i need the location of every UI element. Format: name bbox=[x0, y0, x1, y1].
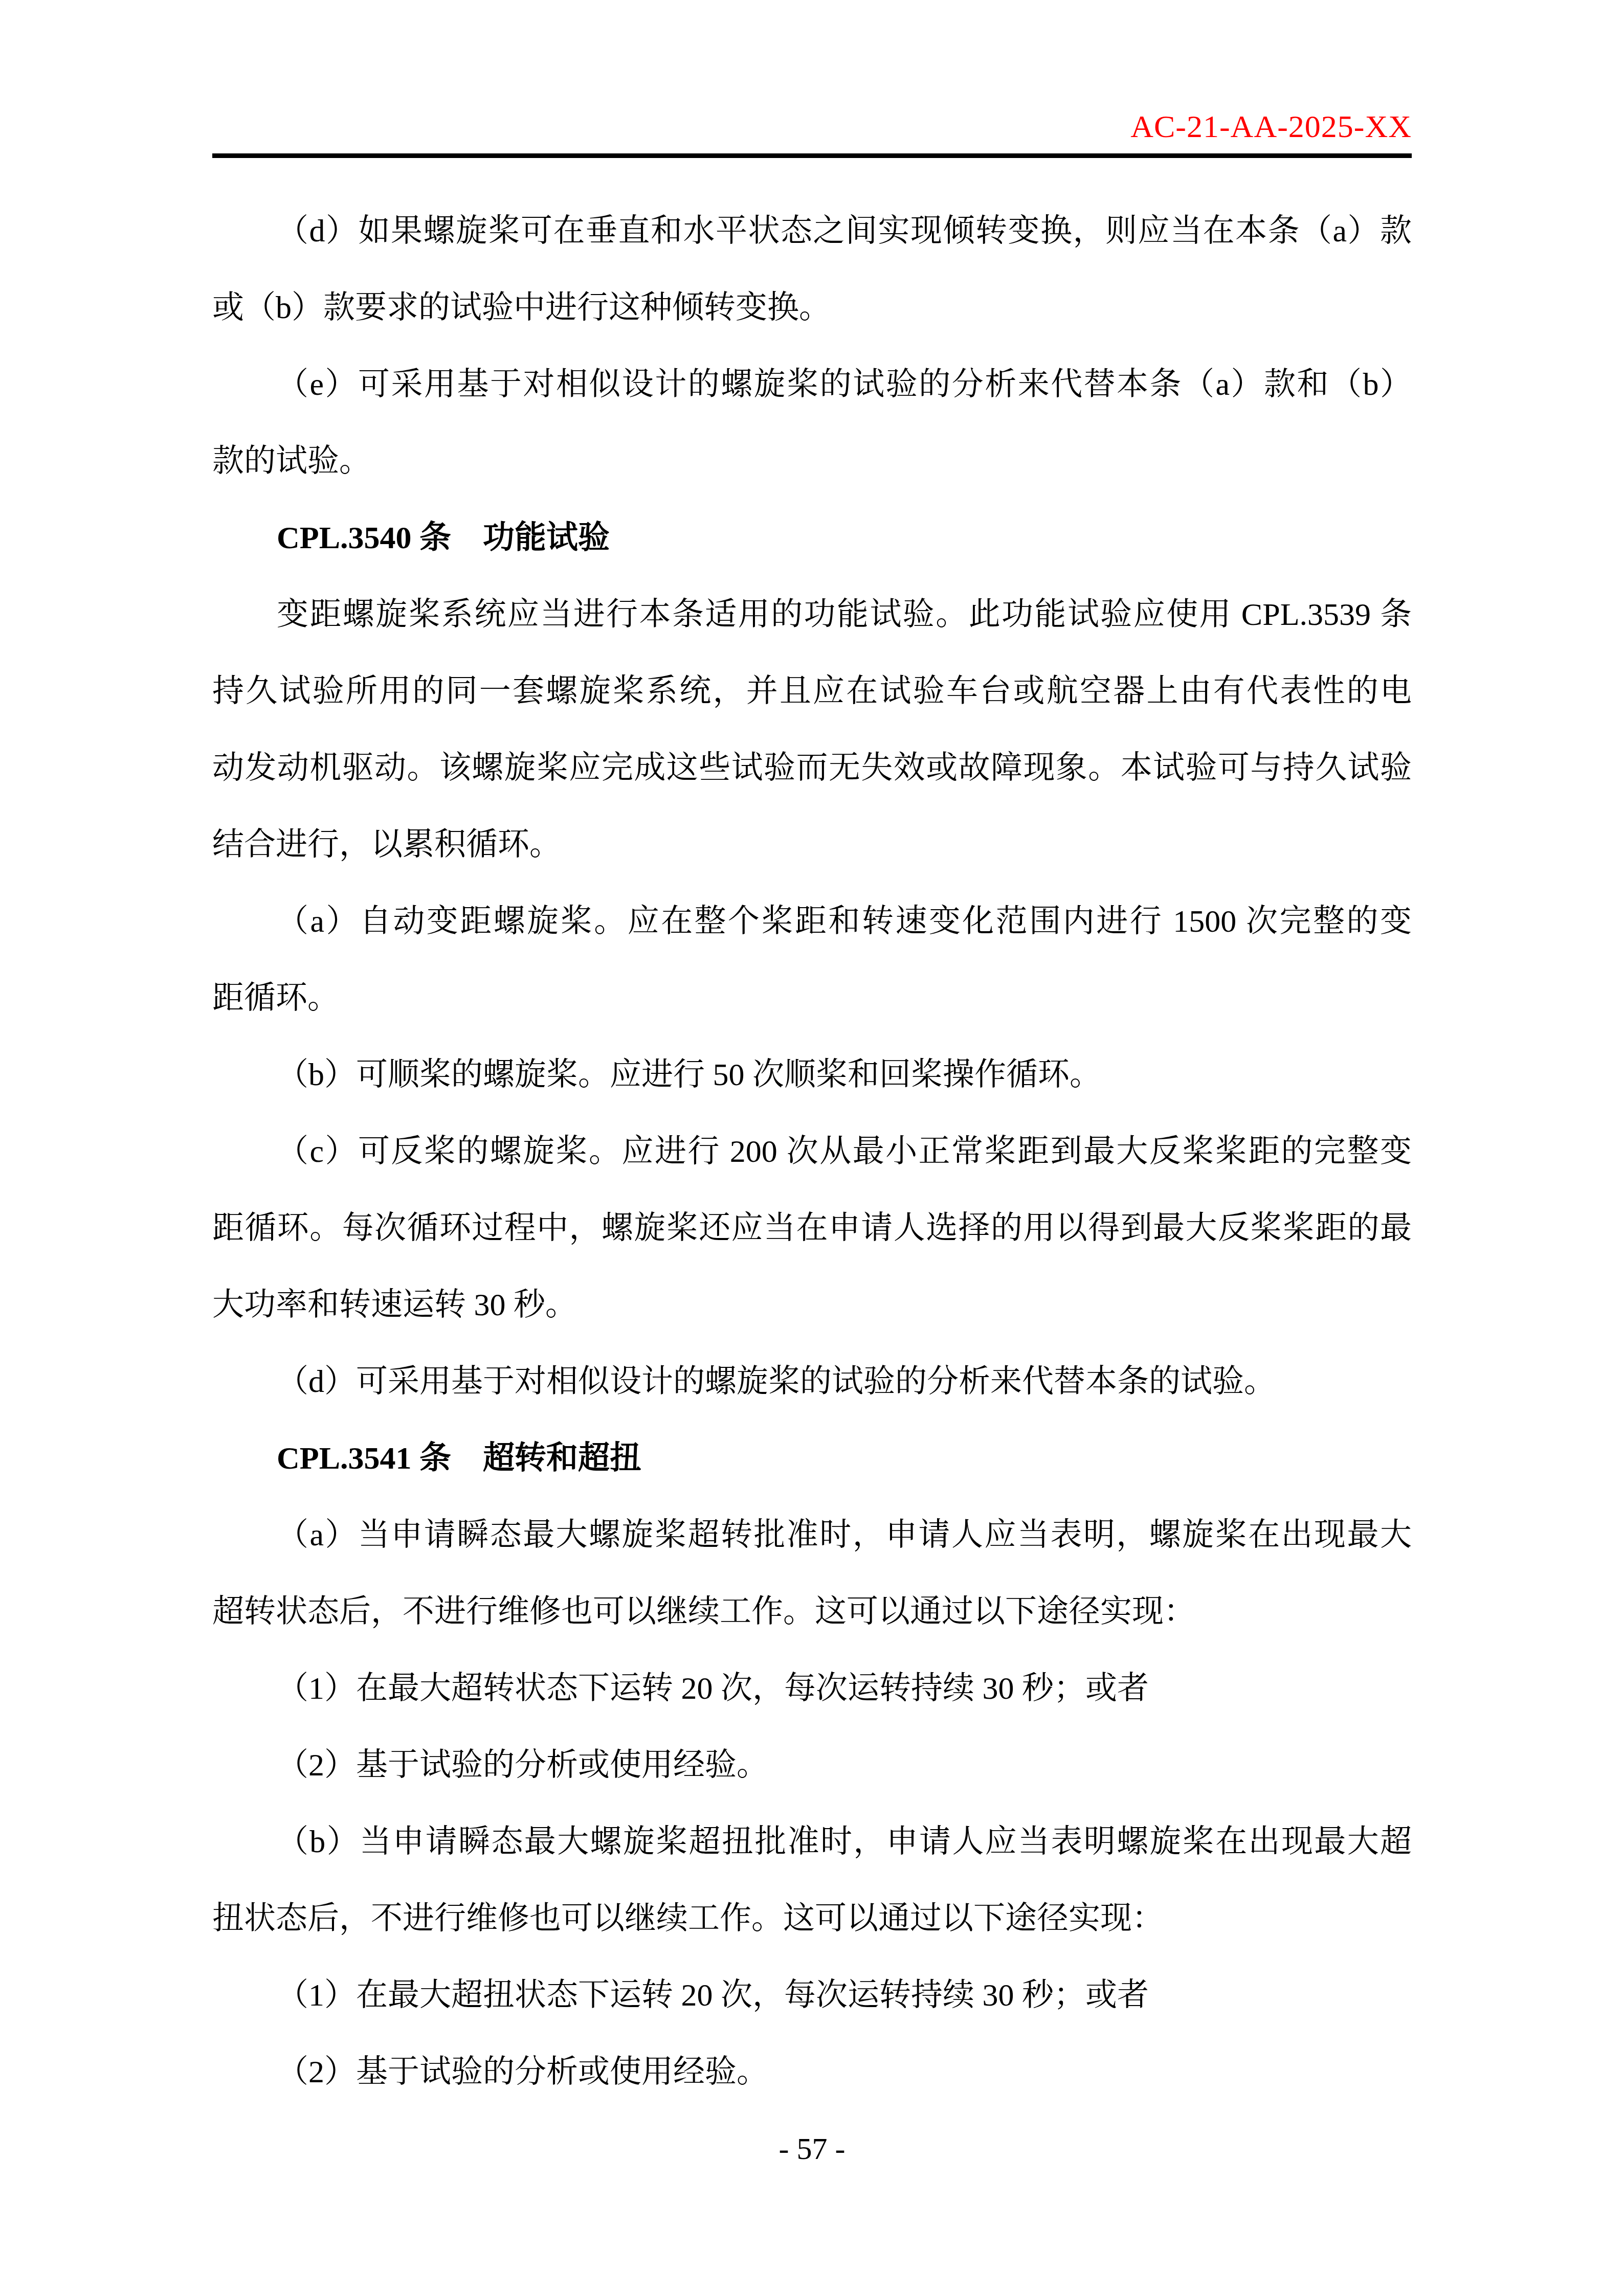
text-line: （a）自动变距螺旋桨。应在整个桨距和转速变化范围内进行 1500 次完整的变 bbox=[212, 883, 1412, 960]
paragraph: （a）自动变距螺旋桨。应在整个桨距和转速变化范围内进行 1500 次完整的变距循… bbox=[212, 883, 1412, 1037]
paragraph: 变距螺旋桨系统应当进行本条适用的功能试验。此功能试验应使用 CPL.3539 条… bbox=[212, 576, 1412, 883]
section-heading: CPL.3540 条 功能试验 bbox=[212, 500, 1412, 576]
text-line: （2）基于试验的分析或使用经验。 bbox=[212, 2034, 1412, 2110]
text-line: （a）当申请瞬态最大螺旋桨超转批准时，申请人应当表明，螺旋桨在出现最大 bbox=[212, 1497, 1412, 1573]
paragraph: （c）可反桨的螺旋桨。应进行 200 次从最小正常桨距到最大反桨桨距的完整变距循… bbox=[212, 1113, 1412, 1343]
text-line: 扭状态后，不进行维修也可以继续工作。这可以通过以下途径实现： bbox=[212, 1880, 1412, 1957]
paragraph: （d）如果螺旋桨可在垂直和水平状态之间实现倾转变换，则应当在本条（a）款或（b）… bbox=[212, 193, 1412, 346]
text-line: 距循环。每次循环过程中，螺旋桨还应当在申请人选择的用以得到最大反桨桨距的最 bbox=[212, 1190, 1412, 1267]
paragraph: （1）在最大超扭状态下运转 20 次，每次运转持续 30 秒；或者 bbox=[212, 1957, 1412, 2034]
heading-line: CPL.3541 条 超转和超扭 bbox=[212, 1420, 1412, 1497]
page-number: - 57 - bbox=[779, 2132, 846, 2166]
text-line: （1）在最大超转状态下运转 20 次，每次运转持续 30 秒；或者 bbox=[212, 1650, 1412, 1727]
text-line: 持久试验所用的同一套螺旋桨系统，并且应在试验车台或航空器上由有代表性的电 bbox=[212, 653, 1412, 730]
text-line: （e）可采用基于对相似设计的螺旋桨的试验的分析来代替本条（a）款和（b） bbox=[212, 346, 1412, 423]
document-body: （d）如果螺旋桨可在垂直和水平状态之间实现倾转变换，则应当在本条（a）款或（b）… bbox=[212, 193, 1412, 2110]
text-line: 或（b）款要求的试验中进行这种倾转变换。 bbox=[212, 269, 1412, 346]
text-line: 款的试验。 bbox=[212, 423, 1412, 500]
text-line: （1）在最大超扭状态下运转 20 次，每次运转持续 30 秒；或者 bbox=[212, 1957, 1412, 2034]
header-rule bbox=[212, 153, 1412, 158]
text-line: 距循环。 bbox=[212, 960, 1412, 1037]
text-line: （b）可顺桨的螺旋桨。应进行 50 次顺桨和回桨操作循环。 bbox=[212, 1037, 1412, 1113]
text-line: （b）当申请瞬态最大螺旋桨超扭批准时，申请人应当表明螺旋桨在出现最大超 bbox=[212, 1804, 1412, 1880]
text-line: 结合进行，以累积循环。 bbox=[212, 806, 1412, 883]
text-line: （2）基于试验的分析或使用经验。 bbox=[212, 1727, 1412, 1804]
text-line: 大功率和转速运转 30 秒。 bbox=[212, 1267, 1412, 1343]
text-line: （c）可反桨的螺旋桨。应进行 200 次从最小正常桨距到最大反桨桨距的完整变 bbox=[212, 1113, 1412, 1190]
paragraph: （2）基于试验的分析或使用经验。 bbox=[212, 1727, 1412, 1804]
text-line: 动发动机驱动。该螺旋桨应完成这些试验而无失效或故障现象。本试验可与持久试验 bbox=[212, 730, 1412, 806]
text-line: 变距螺旋桨系统应当进行本条适用的功能试验。此功能试验应使用 CPL.3539 条 bbox=[212, 576, 1412, 653]
text-line: （d）如果螺旋桨可在垂直和水平状态之间实现倾转变换，则应当在本条（a）款 bbox=[212, 193, 1412, 269]
paragraph: （e）可采用基于对相似设计的螺旋桨的试验的分析来代替本条（a）款和（b）款的试验… bbox=[212, 346, 1412, 500]
section-heading: CPL.3541 条 超转和超扭 bbox=[212, 1420, 1412, 1497]
page-header: AC-21-AA-2025-XX bbox=[212, 0, 1412, 145]
paragraph: （b）可顺桨的螺旋桨。应进行 50 次顺桨和回桨操作循环。 bbox=[212, 1037, 1412, 1113]
page-footer: - 57 - bbox=[212, 2110, 1412, 2187]
document-page: AC-21-AA-2025-XX （d）如果螺旋桨可在垂直和水平状态之间实现倾转… bbox=[0, 0, 1624, 2296]
paragraph: （d）可采用基于对相似设计的螺旋桨的试验的分析来代替本条的试验。 bbox=[212, 1343, 1412, 1420]
document-code: AC-21-AA-2025-XX bbox=[1130, 109, 1412, 144]
text-line: 超转状态后，不进行维修也可以继续工作。这可以通过以下途径实现： bbox=[212, 1573, 1412, 1650]
paragraph: （b）当申请瞬态最大螺旋桨超扭批准时，申请人应当表明螺旋桨在出现最大超扭状态后，… bbox=[212, 1804, 1412, 1957]
paragraph: （a）当申请瞬态最大螺旋桨超转批准时，申请人应当表明，螺旋桨在出现最大超转状态后… bbox=[212, 1497, 1412, 1650]
paragraph: （2）基于试验的分析或使用经验。 bbox=[212, 2034, 1412, 2110]
text-line: （d）可采用基于对相似设计的螺旋桨的试验的分析来代替本条的试验。 bbox=[212, 1343, 1412, 1420]
paragraph: （1）在最大超转状态下运转 20 次，每次运转持续 30 秒；或者 bbox=[212, 1650, 1412, 1727]
heading-line: CPL.3540 条 功能试验 bbox=[212, 500, 1412, 576]
